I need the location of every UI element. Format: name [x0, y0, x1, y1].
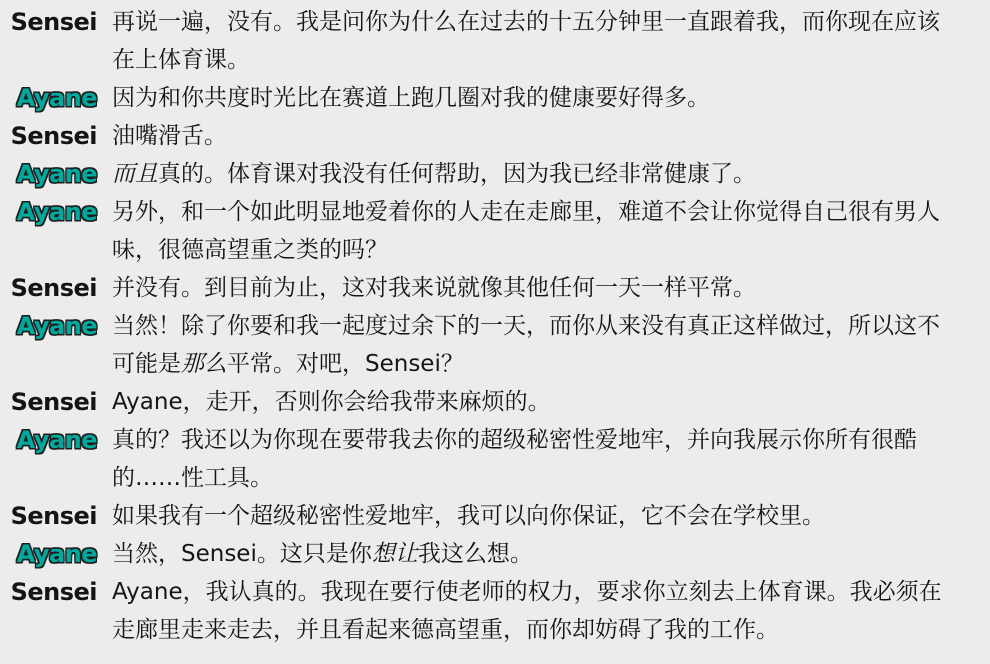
dialogue-segment: Ayane，走开，否则你会给我带来麻烦的。	[112, 389, 551, 415]
dialogue-entry: Sensei 如果我有一个超级秘密性爱地牢，我可以向你保证，它不会在学校里。	[0, 497, 990, 535]
dialogue-segment: 平常。对吧，Sensei？	[227, 351, 464, 377]
speaker-name-ayane: Ayane	[0, 421, 97, 459]
dialogue-text: 因为和你共度时光比在赛道上跑几圈对我的健康要好得多。	[112, 79, 990, 117]
page: { "page": { "background_color": "#ececec…	[0, 0, 990, 664]
dialogue-entry: Ayane 另外，和一个如此明显地爱着你的人走在走廊里，难道不会让你觉得自己很有…	[0, 193, 990, 269]
dialogue-text: 并没有。到目前为止，这对我来说就像其他任何一天一样平常。	[112, 269, 990, 307]
dialogue-text: Ayane，走开，否则你会给我带来麻烦的。	[112, 383, 990, 421]
dialogue-text: 再说一遍，没有。我是问你为什么在过去的十五分钟里一直跟着我，而你现在应该在上体育…	[112, 3, 990, 79]
speaker-name-ayane: Ayane	[0, 535, 97, 573]
dialogue-entry: Sensei Ayane，我认真的。我现在要行使老师的权力，要求你立刻去上体育课…	[0, 573, 990, 649]
dialogue-transcript: Sensei 再说一遍，没有。我是问你为什么在过去的十五分钟里一直跟着我，而你现…	[0, 0, 990, 664]
dialogue-text: 而且真的。体育课对我没有任何帮助，因为我已经非常健康了。	[112, 155, 990, 193]
speaker-name-ayane: Ayane	[0, 193, 97, 231]
dialogue-text: 另外，和一个如此明显地爱着你的人走在走廊里，难道不会让你觉得自己很有男人味，很德…	[112, 193, 990, 269]
dialogue-segment: 再说一遍，没有。我是问你为什么在过去的十五分钟里一直跟着我，而你现在应该在上体育…	[112, 9, 940, 73]
dialogue-text: 当然！除了你要和我一起度过余下的一天，而你从来没有真正这样做过，所以这不可能是那…	[112, 307, 990, 383]
dialogue-entry: Ayane 真的？我还以为你现在要带我去你的超级秘密性爱地牢，并向我展示你所有很…	[0, 421, 990, 497]
dialogue-entry: Ayane 当然！除了你要和我一起度过余下的一天，而你从来没有真正这样做过，所以…	[0, 307, 990, 383]
dialogue-segment: Ayane，我认真的。我现在要行使老师的权力，要求你立刻去上体育课。我必须在走廊…	[112, 579, 942, 643]
speaker-name-sensei: Sensei	[0, 573, 97, 611]
dialogue-segment: 我这么想。	[418, 541, 533, 567]
dialogue-entry: Sensei 油嘴滑舌。	[0, 117, 990, 155]
speaker-name-ayane: Ayane	[0, 307, 97, 345]
speaker-name-sensei: Sensei	[0, 117, 97, 155]
dialogue-segment-italic: 而且	[112, 161, 158, 187]
speaker-name-ayane: Ayane	[0, 79, 97, 117]
dialogue-entry: Ayane 而且真的。体育课对我没有任何帮助，因为我已经非常健康了。	[0, 155, 990, 193]
dialogue-entry: Sensei Ayane，走开，否则你会给我带来麻烦的。	[0, 383, 990, 421]
speaker-name-ayane: Ayane	[0, 155, 97, 193]
speaker-name-sensei: Sensei	[0, 497, 97, 535]
dialogue-text: Ayane，我认真的。我现在要行使老师的权力，要求你立刻去上体育课。我必须在走廊…	[112, 573, 990, 649]
dialogue-segment-italic: 那么	[181, 351, 227, 377]
dialogue-segment: 因为和你共度时光比在赛道上跑几圈对我的健康要好得多。	[112, 85, 710, 111]
dialogue-segment: 当然，Sensei。这只是你	[112, 541, 372, 567]
dialogue-segment: 另外，和一个如此明显地爱着你的人走在走廊里，难道不会让你觉得自己很有男人味，很德…	[112, 199, 940, 263]
dialogue-entry: Sensei 并没有。到目前为止，这对我来说就像其他任何一天一样平常。	[0, 269, 990, 307]
dialogue-text: 当然，Sensei。这只是你想让我这么想。	[112, 535, 990, 573]
dialogue-entry: Ayane 当然，Sensei。这只是你想让我这么想。	[0, 535, 990, 573]
speaker-name-sensei: Sensei	[0, 383, 97, 421]
dialogue-segment: 并没有。到目前为止，这对我来说就像其他任何一天一样平常。	[112, 275, 756, 301]
dialogue-segment: 真的？我还以为你现在要带我去你的超级秘密性爱地牢，并向我展示你所有很酷的……性工…	[112, 427, 917, 491]
dialogue-text: 如果我有一个超级秘密性爱地牢，我可以向你保证，它不会在学校里。	[112, 497, 990, 535]
dialogue-list: Sensei 再说一遍，没有。我是问你为什么在过去的十五分钟里一直跟着我，而你现…	[0, 3, 990, 649]
dialogue-segment-italic: 想让	[372, 541, 418, 567]
speaker-name-sensei: Sensei	[0, 269, 97, 307]
dialogue-segment: 油嘴滑舌。	[112, 123, 227, 149]
speaker-name-sensei: Sensei	[0, 3, 97, 41]
dialogue-segment: 真的。体育课对我没有任何帮助，因为我已经非常健康了。	[158, 161, 756, 187]
dialogue-entry: Ayane 因为和你共度时光比在赛道上跑几圈对我的健康要好得多。	[0, 79, 990, 117]
dialogue-text: 油嘴滑舌。	[112, 117, 990, 155]
dialogue-text: 真的？我还以为你现在要带我去你的超级秘密性爱地牢，并向我展示你所有很酷的……性工…	[112, 421, 990, 497]
dialogue-segment: 如果我有一个超级秘密性爱地牢，我可以向你保证，它不会在学校里。	[112, 503, 825, 529]
dialogue-entry: Sensei 再说一遍，没有。我是问你为什么在过去的十五分钟里一直跟着我，而你现…	[0, 3, 990, 79]
